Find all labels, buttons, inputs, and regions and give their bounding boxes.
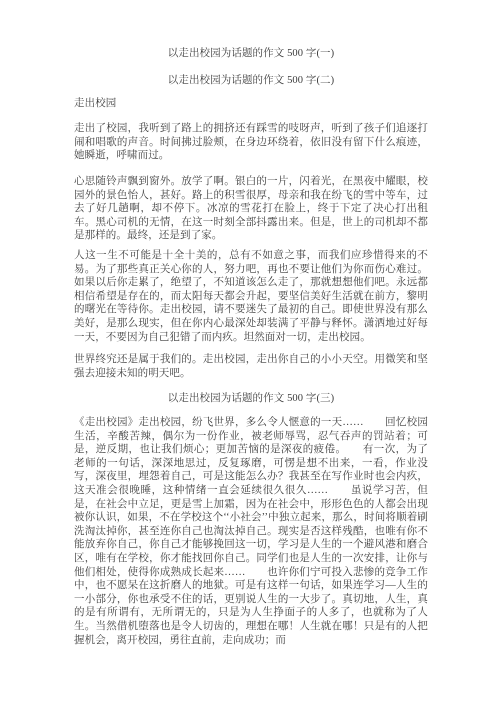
- essay-title-part-three: 以走出校园为话题的作文 500 字(三): [74, 392, 428, 406]
- essay-three-paragraph: 《走出校园》走出校园，纷飞世界，多么令人惬意的一天…… 回忆校园生活，辛酸苦辣，…: [74, 416, 428, 647]
- essay-title-part-two: 以走出校园为话题的作文 500 字(二): [74, 74, 428, 88]
- document-page: 以走出校园为话题的作文 500 字(一) 以走出校园为话题的作文 500 字(二…: [0, 0, 500, 707]
- essay-one-paragraph-4: 世界终究还是属于我们的。走出校园，走出你自己的小小天空。用微笑和坚强去迎接未知的…: [74, 353, 428, 380]
- essay-one-paragraph-2: 心思随铃声飘到窗外。放学了啊。银白的一片，闪着光，在黑夜中耀眼，校园外的景色怡人…: [74, 175, 428, 243]
- essay-title-part-one: 以走出校园为话题的作文 500 字(一): [74, 47, 428, 61]
- essay-one-paragraph-3: 人这一生不可能是十全十美的，总有不如意之事，而我们应珍惜得来的不易。为了那些真正…: [74, 249, 428, 344]
- essay-one-heading: 走出校园: [74, 97, 428, 111]
- essay-one-paragraph-1: 走出了校园，我听到了路上的拥挤还有踩雪的吱呀声，听到了孩子们追逐打闹和唱歌的声音…: [74, 122, 428, 163]
